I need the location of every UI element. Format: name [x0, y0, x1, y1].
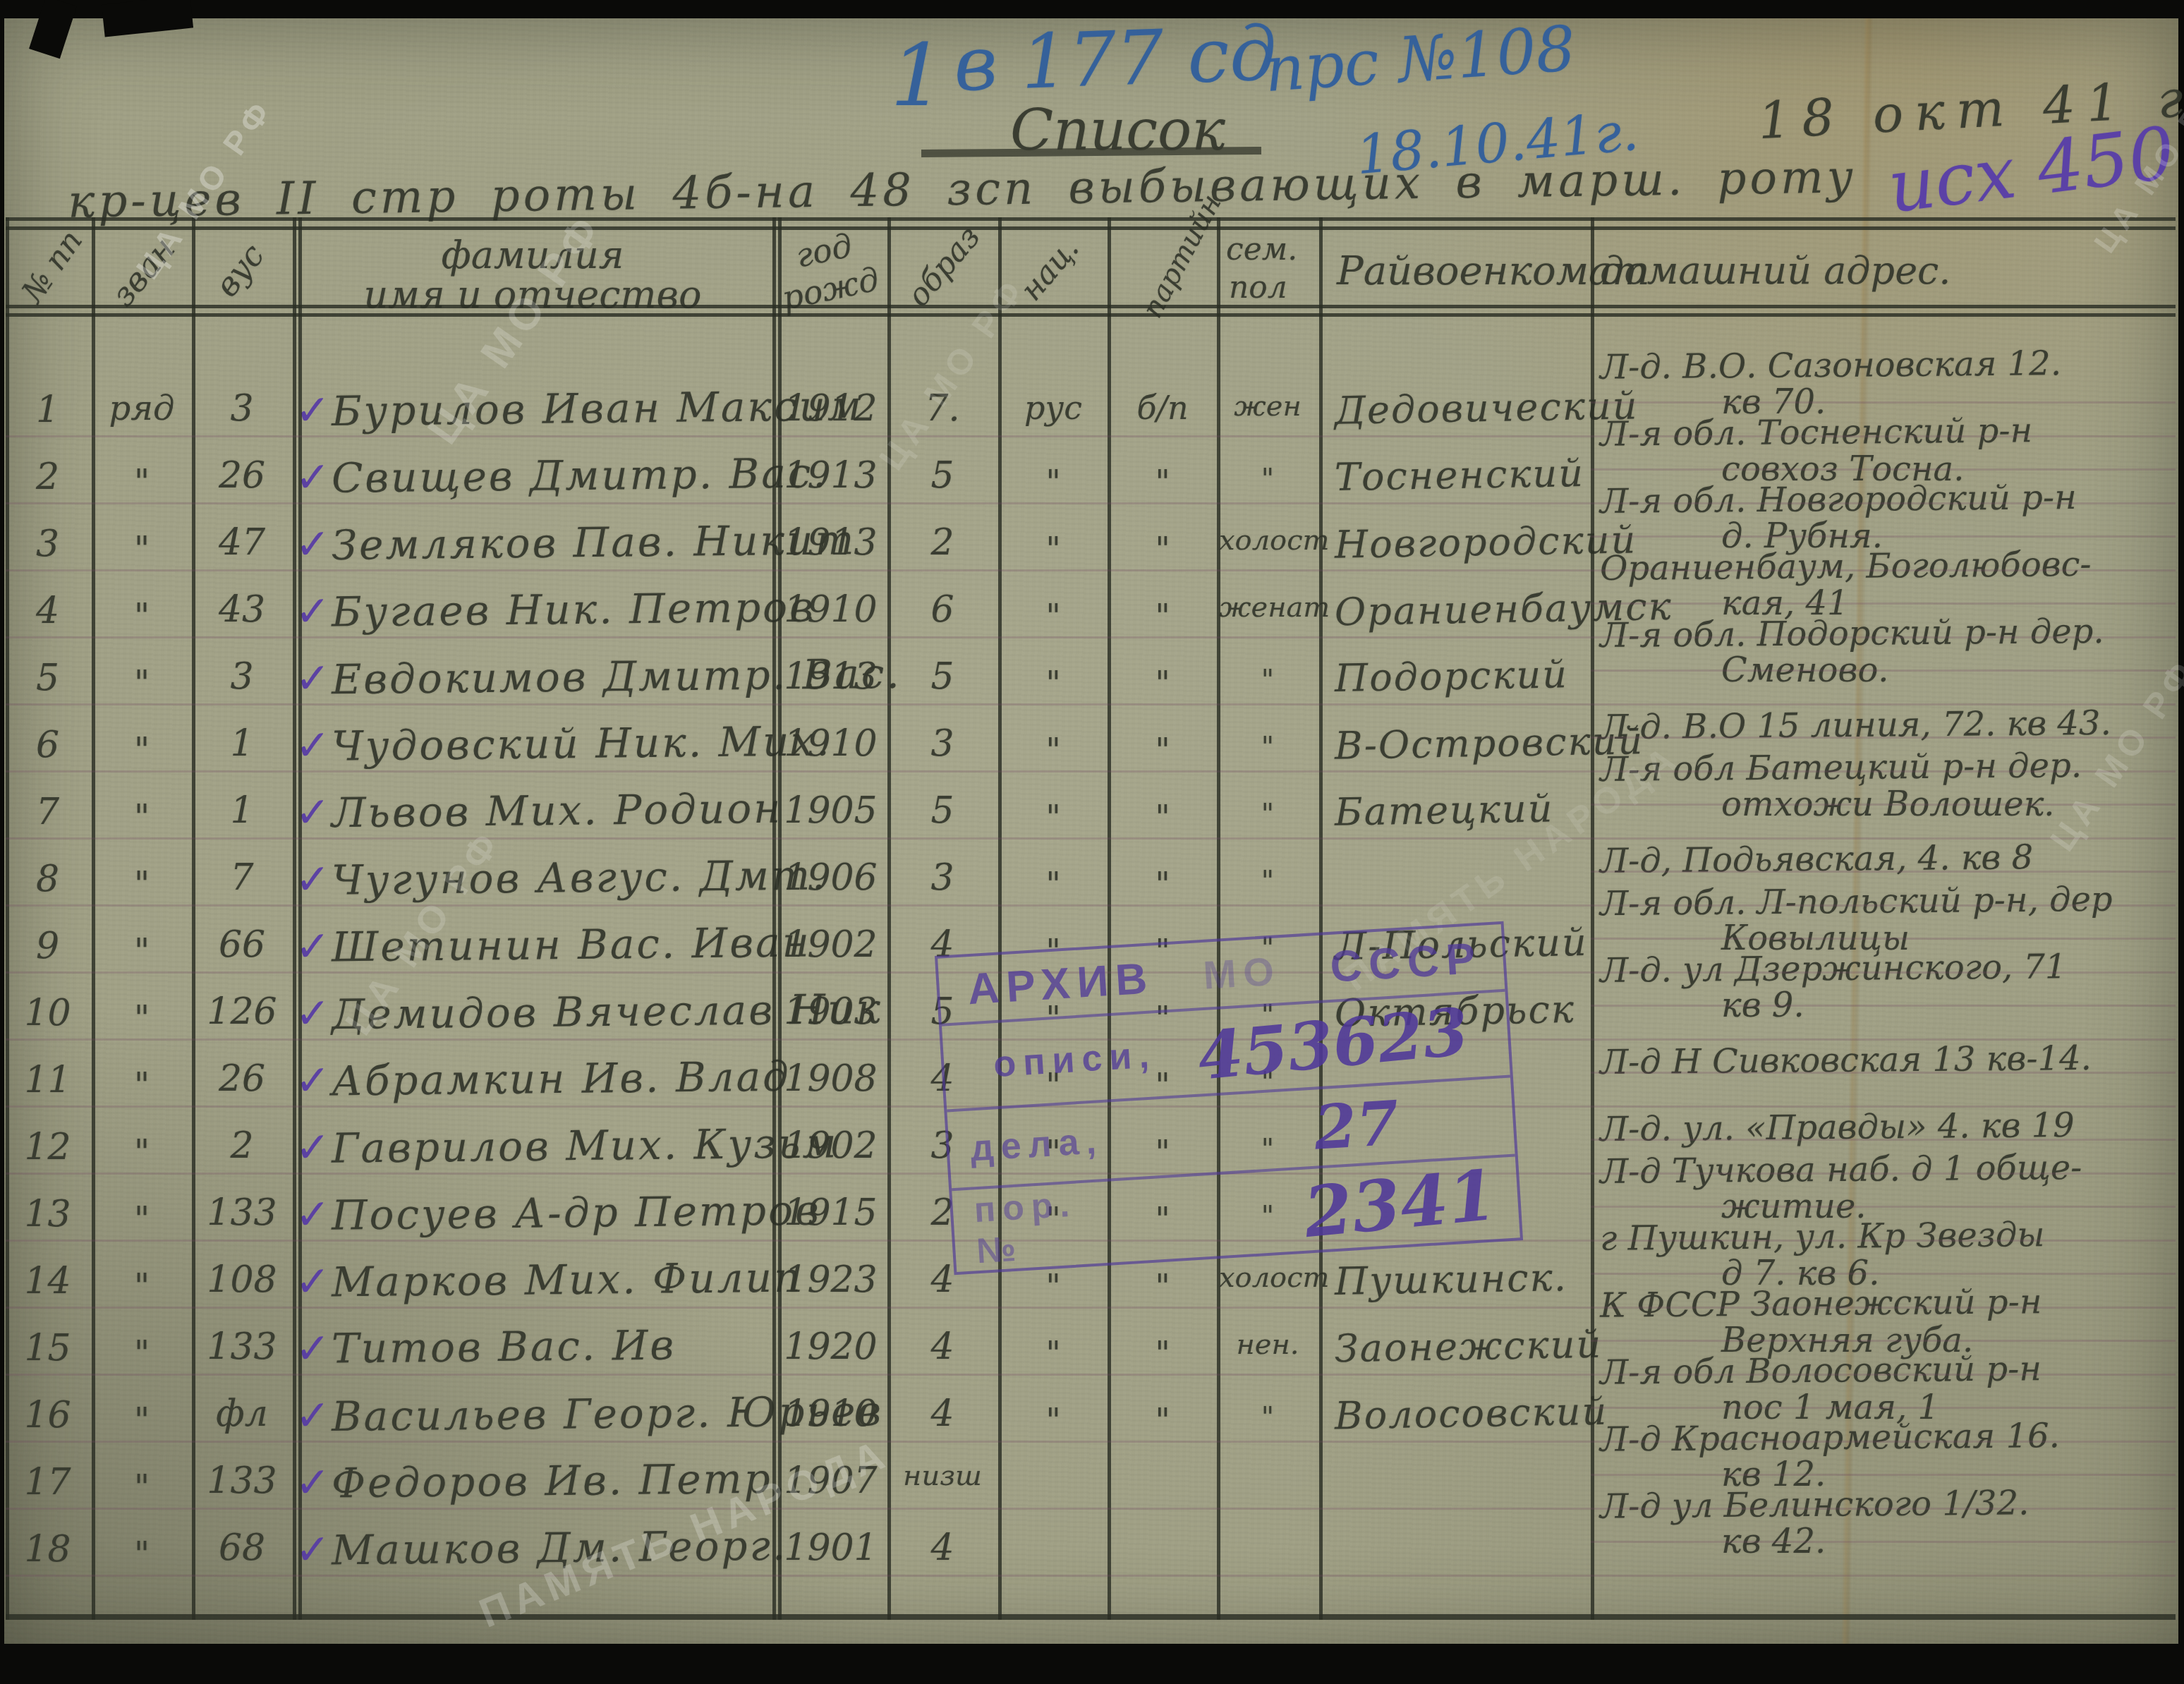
ruled-line	[1591, 1139, 2176, 1141]
ruled-line	[6, 569, 2176, 571]
archive-stamp: АРХИВ МО СССР описи, 453623 дела, 27 пор…	[935, 921, 1523, 1275]
table-column-line	[1591, 217, 1594, 1620]
ruled-line	[6, 1374, 2176, 1376]
row-number: 9	[7, 925, 88, 967]
family-status-cell: "	[1219, 1401, 1316, 1434]
family-status-cell: "	[1219, 731, 1316, 763]
vus-cell: 1	[193, 789, 291, 832]
table-column-line	[293, 217, 296, 1620]
ruled-line	[6, 703, 2176, 705]
table-column-line	[1319, 217, 1323, 1620]
family-status-cell: "	[1219, 664, 1316, 696]
rank-cell: "	[93, 932, 190, 971]
education-cell: 3	[889, 856, 996, 899]
address-line-1: г Пушкин, ул. Кр Звезды	[1600, 1215, 2045, 1258]
ruled-line	[1591, 1206, 2176, 1208]
row-number: 8	[7, 858, 88, 900]
address-line-1: Л-д. ул Дзержинского, 71	[1600, 947, 2067, 991]
ruled-line	[1591, 602, 2176, 605]
scanned-document: 1 в 177 сд прс №108 Список 18.10.41г. 18…	[0, 0, 2184, 1684]
nationality-cell: "	[1002, 731, 1105, 769]
education-cell: 2	[889, 521, 996, 564]
birth-year-cell: 1912	[776, 387, 885, 430]
vus-cell: 7	[193, 856, 291, 899]
military-commissariat-cell: Батецкий	[1334, 786, 1554, 834]
family-status-cell: нен.	[1219, 1328, 1316, 1361]
family-status-cell: "	[1219, 865, 1316, 897]
address-line-1: Л-д. В.О. Сазоновская 12.	[1600, 344, 2061, 387]
ruled-line	[1591, 737, 2176, 739]
rank-cell: "	[93, 664, 190, 703]
family-status-cell: холост	[1219, 1261, 1316, 1294]
address-line-1: Л-д ул Белинского 1/32.	[1600, 1483, 2030, 1526]
birth-year-cell: 1908	[776, 1058, 885, 1100]
row-number: 4	[7, 590, 88, 632]
birth-year-cell: 1903	[776, 991, 885, 1033]
name-cell: Свищев Дмитр. Вас.	[332, 449, 828, 502]
name-cell: Львов Мих. Родион	[332, 785, 783, 837]
party-cell: б/п	[1110, 389, 1215, 427]
table-border-line	[6, 226, 2176, 230]
row-number: 7	[7, 791, 88, 833]
vus-cell: 66	[193, 923, 291, 966]
vus-cell: 47	[193, 521, 291, 564]
address-line-1: К ФССР Заонежский р-н	[1600, 1282, 2042, 1325]
name-cell: Чугунов Авгус. Дмт.	[332, 851, 827, 904]
row-number: 6	[7, 724, 88, 766]
name-cell: Гаврилов Мих. Кузьм	[332, 1119, 839, 1173]
rank-cell: "	[93, 1468, 190, 1508]
party-cell: "	[1110, 597, 1215, 635]
birth-year-cell: 1906	[776, 856, 885, 899]
rank-cell: "	[93, 1200, 190, 1240]
address-line-1: Л-д. В.О 15 линия, 72. кв 43.	[1600, 703, 2111, 747]
family-status-cell: "	[1219, 798, 1316, 830]
row-number: 13	[7, 1193, 88, 1235]
vus-cell: 133	[193, 1192, 291, 1234]
rank-cell: "	[93, 1334, 190, 1374]
ruled-line	[6, 502, 2176, 504]
military-commissariat-cell: Пушкинск.	[1334, 1255, 1567, 1304]
rank-cell: "	[93, 1267, 190, 1307]
ruled-line	[6, 1575, 2176, 1577]
ruled-line	[1591, 1407, 2176, 1409]
birth-year-cell: 1910	[776, 722, 885, 765]
name-cell: Марков Мих. Филип	[332, 1254, 803, 1307]
rank-cell: "	[93, 1401, 190, 1441]
ruled-line	[1591, 401, 2176, 404]
rank-cell: "	[93, 798, 190, 837]
ruled-line	[6, 770, 2176, 773]
military-commissariat-cell: Волосовский	[1334, 1389, 1608, 1438]
rank-cell: "	[93, 597, 190, 636]
table-column-line	[192, 217, 195, 1620]
party-cell: "	[1110, 1401, 1215, 1439]
ruled-line	[6, 904, 2176, 907]
row-number: 14	[7, 1260, 88, 1302]
row-number: 3	[7, 523, 88, 565]
family-status-cell: "	[1219, 463, 1316, 495]
page-number: 1	[890, 25, 945, 126]
table-column-line	[298, 217, 302, 1620]
table-column-line	[92, 217, 95, 1620]
birth-year-cell: 1910	[776, 588, 885, 631]
rank-cell: "	[93, 463, 190, 502]
col-header-family-2: пол	[1229, 269, 1287, 305]
vus-cell: 133	[193, 1326, 291, 1368]
birth-year-cell: 1913	[776, 521, 885, 564]
row-number: 15	[7, 1327, 88, 1369]
party-cell: "	[1110, 530, 1215, 568]
row-number: 11	[7, 1059, 88, 1101]
address-line-1: Л-д Н Сивковская 13 кв-14.	[1600, 1038, 2092, 1082]
birth-year-cell: 1913	[776, 655, 885, 698]
table-border-line	[6, 1614, 2176, 1620]
table-border-line	[6, 305, 2176, 308]
stamp-mo-word: МО	[1202, 947, 1282, 998]
nationality-cell: "	[1002, 1267, 1105, 1305]
stamp-opis-label: описи,	[993, 1034, 1158, 1086]
address-line-1: Л-я обл. Тосненский р-н	[1600, 411, 2033, 454]
party-cell: "	[1110, 1267, 1215, 1305]
name-cell: Посуев А-др Петров	[332, 1186, 821, 1239]
ruled-line	[1591, 1474, 2176, 1476]
rank-cell: "	[93, 530, 190, 569]
education-cell: 4	[889, 1393, 996, 1435]
table-column-line	[998, 217, 1002, 1620]
family-status-cell: женат	[1219, 591, 1316, 624]
birth-year-cell: 1915	[776, 1192, 885, 1234]
birth-year-cell: 1920	[776, 1326, 885, 1368]
table-column-line	[6, 217, 9, 1620]
ruled-line	[1591, 468, 2176, 471]
table-column-line	[778, 217, 782, 1620]
ruled-line	[1591, 1541, 2176, 1543]
birth-year-cell: 1913	[776, 454, 885, 497]
birth-year-cell: 1902	[776, 923, 885, 966]
vus-cell: 108	[193, 1259, 291, 1301]
vus-cell: фл	[193, 1393, 291, 1435]
education-cell: 3	[889, 722, 996, 765]
ruled-line	[6, 837, 2176, 840]
name-cell: Бугаев Ник. Петров	[332, 583, 816, 636]
stamp-archive-word: АРХИВ	[966, 953, 1155, 1014]
party-cell: "	[1110, 463, 1215, 501]
nationality-cell: "	[1002, 530, 1105, 568]
education-cell: 4	[889, 1527, 996, 1569]
address-line-1: Л-д. ул. «Правды» 4. кв 19	[1600, 1105, 2075, 1149]
nationality-cell: рус	[1002, 389, 1105, 427]
vus-cell: 26	[193, 454, 291, 497]
table-column-line	[1217, 217, 1220, 1620]
ruled-line	[6, 435, 2176, 437]
nationality-cell: "	[1002, 664, 1105, 702]
vus-cell: 3	[193, 387, 291, 430]
table-border-line	[6, 217, 2176, 221]
rank-cell: "	[93, 999, 190, 1038]
address-line-1: Л-я обл. Новгородский р-н	[1600, 478, 2077, 521]
name-cell: Чудовский Ник. Мих.	[332, 717, 832, 770]
party-cell: "	[1110, 731, 1215, 769]
address-line-1: Л-я обл. Подорский р-н дер.	[1600, 612, 2104, 655]
ruled-line	[1591, 670, 2176, 672]
row-number: 5	[7, 657, 88, 699]
party-cell: "	[1110, 865, 1215, 903]
military-commissariat-cell: В-Островский	[1334, 718, 1644, 768]
birth-year-cell: 1901	[776, 1527, 885, 1569]
vus-cell: 1	[193, 722, 291, 765]
address-line-1: Л-д, Подьявская, 4. кв 8	[1600, 837, 2034, 880]
table-border-line	[6, 313, 2176, 317]
education-cell: низш	[889, 1460, 996, 1492]
education-cell: 4	[889, 1326, 996, 1368]
education-cell: 5	[889, 789, 996, 832]
military-commissariat-cell: Тосненский	[1334, 451, 1584, 499]
col-header-family-1: сем.	[1226, 231, 1297, 267]
rank-cell: "	[93, 1535, 190, 1575]
ruled-line	[1591, 1340, 2176, 1342]
ruled-line	[6, 636, 2176, 638]
ruled-line	[1591, 871, 2176, 873]
family-status-cell: жен	[1219, 390, 1316, 423]
address-line-1: Л-я обл Волосовский р-н	[1600, 1349, 2042, 1392]
military-commissariat-cell: Заонежский	[1334, 1322, 1602, 1371]
row-number: 18	[7, 1528, 88, 1570]
ruled-line	[1591, 1072, 2176, 1074]
stamp-opis-value: 453623	[1195, 993, 1472, 1095]
birth-year-cell: 1902	[776, 1125, 885, 1167]
vus-cell: 68	[193, 1527, 291, 1569]
row-number: 10	[7, 992, 88, 1034]
party-cell: "	[1110, 1334, 1215, 1372]
party-cell: "	[1110, 798, 1215, 836]
ruled-line	[6, 1441, 2176, 1443]
birth-year-cell: 1923	[776, 1259, 885, 1301]
vus-cell: 126	[193, 991, 291, 1033]
col-header-address: домашний адрес.	[1600, 248, 1951, 293]
family-status-cell: холост	[1219, 524, 1316, 557]
ruled-line	[1591, 1273, 2176, 1275]
stamp-num-label: пор. №	[973, 1180, 1131, 1271]
table-column-line	[772, 217, 776, 1620]
ruled-line	[6, 1508, 2176, 1510]
birth-year-cell: 1910	[776, 1393, 885, 1435]
row-number: 12	[7, 1126, 88, 1168]
military-commissariat-cell: Подорский	[1334, 652, 1568, 701]
row-number: 16	[7, 1394, 88, 1436]
vus-cell: 26	[193, 1058, 291, 1100]
vus-cell: 3	[193, 655, 291, 698]
education-cell: 5	[889, 655, 996, 698]
address-line-1: Л-д Тучкова наб. д 1 обще-	[1600, 1148, 2082, 1192]
birth-year-cell: 1905	[776, 789, 885, 832]
row-number: 17	[7, 1461, 88, 1503]
stamp-delo-label: дела,	[969, 1120, 1105, 1170]
ruled-line	[1591, 938, 2176, 940]
party-cell: "	[1110, 664, 1215, 702]
nationality-cell: "	[1002, 798, 1105, 836]
rank-cell: "	[93, 731, 190, 770]
nationality-cell: "	[1002, 597, 1105, 635]
rank-cell: "	[93, 1066, 190, 1105]
nationality-cell: "	[1002, 1334, 1105, 1372]
stamp-ussr-word: СССР	[1328, 933, 1484, 992]
rank-cell: "	[93, 1133, 190, 1173]
name-cell: Абрамкин Ив. Влад	[332, 1053, 791, 1105]
address-line-1: Ораниенбаум, Боголюбовс-	[1600, 545, 2092, 588]
rank-cell: ряд	[93, 389, 190, 428]
name-cell: Титов Вас. Ив	[332, 1321, 677, 1372]
nationality-cell: "	[1002, 463, 1105, 501]
stamp-delo-value: 27	[1312, 1087, 1401, 1163]
nationality-cell: "	[1002, 865, 1105, 903]
ruled-line	[1591, 535, 2176, 538]
ruled-line	[6, 1307, 2176, 1309]
unit-annotation: в 177 сд	[952, 10, 1278, 108]
stamp-num-value: 2341	[1301, 1155, 1500, 1254]
rank-cell: "	[93, 865, 190, 904]
vus-cell: 133	[193, 1460, 291, 1502]
ruled-line	[1591, 1005, 2176, 1007]
row-number: 2	[7, 456, 88, 498]
address-line-1: Л-я обл. Л-польский р-н, дер	[1600, 880, 2113, 923]
row-number: 1	[7, 389, 88, 431]
nationality-cell: "	[1002, 1401, 1105, 1439]
vus-cell: 2	[193, 1125, 291, 1167]
vus-cell: 43	[193, 588, 291, 631]
table-column-line	[1108, 217, 1111, 1620]
education-cell: 6	[889, 588, 996, 631]
address-line-1: Л-д Красноармейская 16.	[1600, 1416, 2060, 1460]
